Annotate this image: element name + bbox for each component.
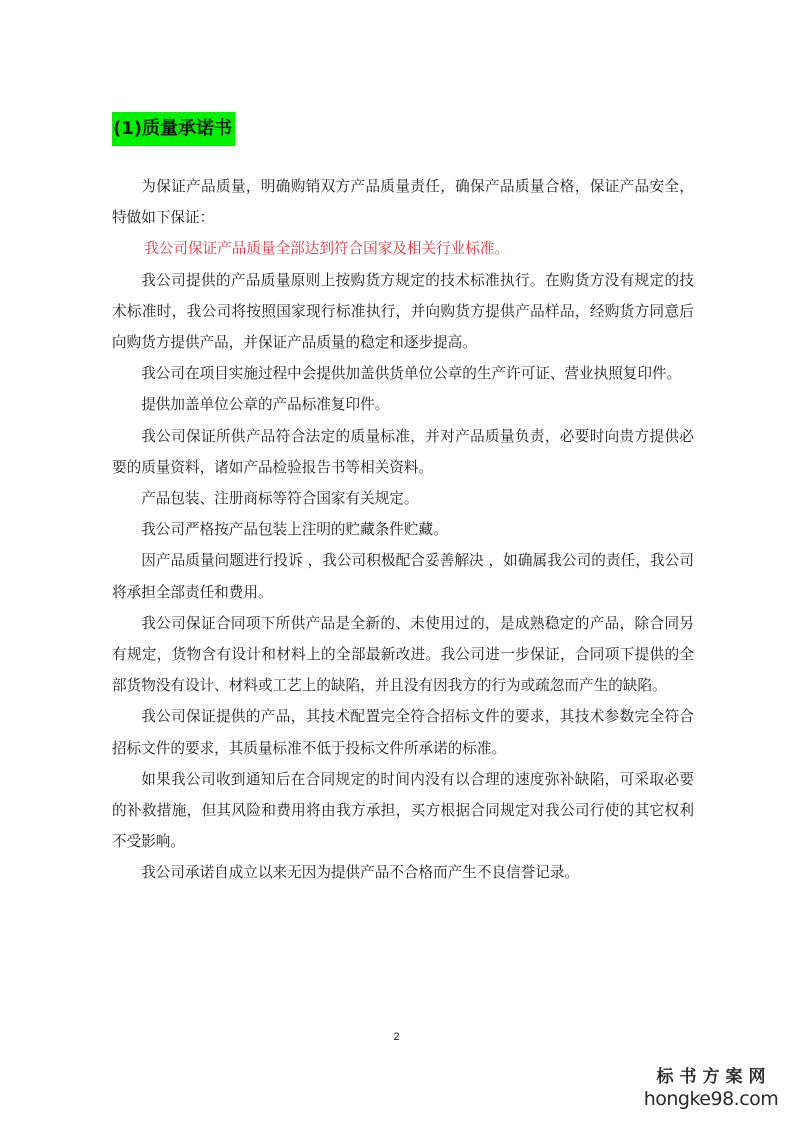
paragraph-highlight-standard: 我公司保证产品质量全部达到符合国家及相关行业标准。 [112,233,694,264]
paragraph-licenses: 我公司在项目实施过程中会提供加盖供货单位公章的生产许可证、营业执照复印件。 [112,358,694,389]
watermark: 标书方案网 hongke98.com [641,1066,781,1110]
paragraph-storage: 我公司严格按产品包装上注明的贮藏条件贮藏。 [112,514,694,545]
section-heading: (1)质量承诺书 [112,112,235,146]
paragraph-packaging: 产品包装、注册商标等符合国家有关规定。 [112,483,694,514]
paragraph-quality-responsibility: 我公司保证所供产品符合法定的质量标准，并对产品质量负责，必要时向贵方提供必要的质… [112,421,694,483]
paragraph-remedy: 如果我公司收到通知后在合同规定的时间内没有以合理的速度弥补缺陷，可采取必要的补救… [112,764,694,858]
document-page: (1)质量承诺书 为保证产品质量，明确购销双方产品质量责任，确保产品质量合格，保… [0,0,793,1122]
page-number: 2 [0,1031,793,1043]
paragraph-product-standard-copy: 提供加盖单位公章的产品标准复印件。 [112,389,694,420]
paragraph-new-products: 我公司保证合同项下所供产品是全新的、未使用过的，是成熟稳定的产品，除合同另有规定… [112,608,694,702]
watermark-url: hongke98.com [641,1088,781,1110]
paragraph-intro: 为保证产品质量，明确购销双方产品质量责任，确保产品质量合格，保证产品安全，特做如… [112,171,694,233]
paragraph-technical-standard: 我公司提供的产品质量原则上按购货方规定的技术标准执行。在购货方没有规定的技术标准… [112,265,694,359]
watermark-title: 标书方案网 [641,1066,781,1088]
paragraph-credit-record: 我公司承诺自成立以来无因为提供产品不合格而产生不良信誉记录。 [112,857,694,888]
paragraph-tender-compliance: 我公司保证提供的产品，其技术配置完全符合招标文件的要求，其技术参数完全符合招标文… [112,701,694,763]
document-body: 为保证产品质量，明确购销双方产品质量责任，确保产品质量合格，保证产品安全，特做如… [112,171,694,889]
paragraph-complaints: 因产品质量问题进行投诉 ，我公司积极配合妥善解决 ，如确属我公司的责任，我公司将… [112,545,694,607]
